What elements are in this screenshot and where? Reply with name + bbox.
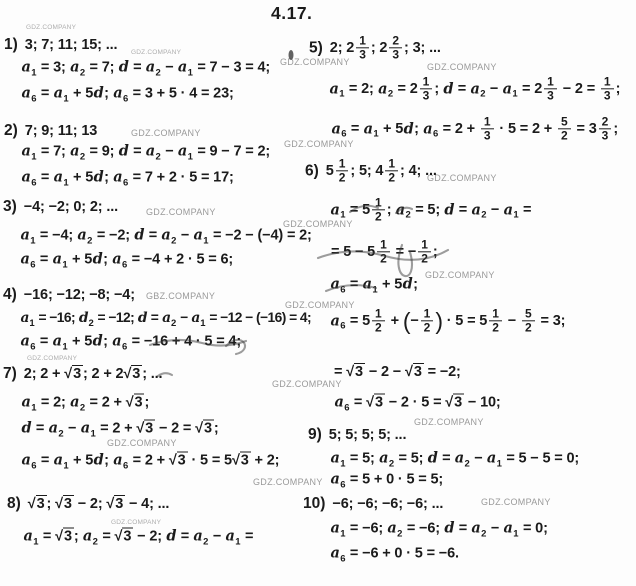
problem-8-number: 8): [7, 495, 21, 513]
watermark: GDZ.COMPANY: [111, 519, 161, 526]
problem-7-number: 7): [3, 365, 17, 383]
problem-1-work-line: a6 = a1 + 5d; a6 = 3 + 5 · 4 = 23;: [21, 85, 234, 104]
watermark: GDZ.COMPANY: [427, 173, 497, 183]
problem-8-work-line: a6 = √3 − 2 · 5 = √3 − 10;: [334, 394, 501, 413]
watermark: GDZ.COMPANY: [425, 270, 495, 280]
problem-1-number: 1): [4, 36, 18, 54]
problem-8-work-line: a1 = √3; a2 = √3 − 2; d = a2 − a1 =: [23, 528, 253, 547]
problem-9-number: 9): [308, 426, 322, 444]
problem-1-sequence: 3; 7; 11; 15; ...: [25, 37, 118, 53]
watermark: GDZ.COMPANY: [253, 477, 323, 487]
problem-9-work-line: a1 = 5; a2 = 5; d = a2 − a1 = 5 − 5 = 0;: [330, 450, 579, 469]
problem-3-number: 3): [3, 198, 17, 216]
problem-4-number: 4): [3, 286, 17, 304]
problem-6-sequence: 512; 5; 412; 4; ...: [326, 157, 437, 184]
problem-7-work-line: d = a2 − a1 = 2 + √3 − 2 = √3;: [21, 420, 219, 439]
problem-6-work-line: a6 = 512 + (−12) · 5 = 512 − 52 = 3;: [330, 307, 565, 334]
problem-7-work-line: a6 = a1 + 5d; a6 = 2 + √3 · 5 = 5√3 + 2;: [21, 452, 279, 471]
problem-6-work-line: a6 = a1 + 5d;: [330, 276, 418, 295]
watermark: GDZ.COMPANY: [272, 379, 342, 389]
problem-8-work-line: = √3 − 2 − √3 = −2;: [334, 364, 461, 380]
watermark: GDZ.COMPANY: [26, 24, 76, 31]
problem-4-work-line: a6 = a1 + 5d; a6 = −16 + 4 · 5 = 4;: [20, 333, 241, 352]
watermark: GDZ.COMPANY: [414, 417, 484, 427]
problem-6-work-line: a1 = 512; a2 = 5; d = a2 − a1 =: [330, 196, 531, 223]
problem-10-number: 10): [303, 495, 325, 513]
problem-2-sequence: 7; 9; 11; 13: [25, 123, 97, 139]
exercise-number: 4.17.: [271, 3, 312, 24]
problem-8-sequence: √3; √3 − 2; √3 − 4; ...: [28, 496, 170, 512]
problem-9-sequence: 5; 5; 5; 5; ...: [329, 427, 407, 443]
watermark: GDZ.COMPANY: [131, 49, 181, 56]
watermark: GDZ.COMPANY: [427, 62, 497, 72]
problem-2-work-line: a6 = a1 + 5d; a6 = 7 + 2 · 5 = 17;: [21, 169, 234, 188]
problem-4-sequence: −16; −12; −8; −4;: [24, 287, 135, 303]
problem-6-work-line: = 5 − 512 = −12;: [331, 238, 438, 265]
watermark: GDZ.COMPANY: [481, 497, 551, 507]
watermark: GDZ.COMPANY: [107, 438, 177, 448]
problem-7-work-line: a1 = 2; a2 = 2 + √3;: [21, 394, 149, 413]
watermark: GDZ.COMPANY: [27, 355, 77, 362]
watermark: GDZ.COMPANY: [146, 207, 216, 217]
problem-3-work-line: a6 = a1 + 5d; a6 = −4 + 2 · 5 = 6;: [20, 251, 233, 270]
problem-10-work-line: a6 = −6 + 0 · 5 = −6.: [330, 545, 459, 564]
problem-7-sequence: 2; 2 + √3; 2 + 2√3; ...: [24, 366, 163, 382]
problem-10-sequence: −6; −6; −6; −6; ...: [332, 496, 443, 512]
problem-5-work-line: a1 = 2; a2 = 213; d = a2 − a1 = 213 − 2 …: [329, 75, 620, 102]
problem-5-sequence: 2; 213; 223; 3; ...: [330, 34, 441, 61]
problem-2-number: 2): [4, 122, 18, 140]
problem-1-work-line: a1 = 3; a2 = 7; d = a2 − a1 = 7 − 3 = 4;: [21, 59, 270, 78]
problem-3-work-line: a1 = −4; a2 = −2; d = a2 − a1 = −2 − (−4…: [20, 227, 312, 246]
problem-4-work-line: a1 = −16; d2 = −12; d = a2 − a1 = −12 − …: [20, 310, 311, 328]
watermark: GDZ.COMPANY: [131, 128, 201, 138]
problem-6-number: 6): [305, 162, 319, 180]
problem-5-number: 5): [309, 39, 323, 57]
problem-10-work-line: a1 = −6; a2 = −6; d = a2 − a1 = 0;: [330, 520, 548, 539]
problem-2-work-line: a1 = 7; a2 = 9; d = a2 − a1 = 9 − 7 = 2;: [21, 143, 270, 162]
solutions-page: 4.17. GDZ.COMPANY GDZ.COMPANY GDZ.COMPAN…: [0, 0, 636, 586]
problem-5-work-line: a6 = a1 + 5d; a6 = 2 + 13 · 5 = 2 + 52 =…: [331, 115, 618, 142]
watermark: GBZ.COMPANY: [146, 291, 215, 301]
problem-3-sequence: −4; −2; 0; 2; ...: [24, 199, 118, 215]
problem-9-work-line: a6 = 5 + 0 · 5 = 5;: [330, 471, 443, 490]
